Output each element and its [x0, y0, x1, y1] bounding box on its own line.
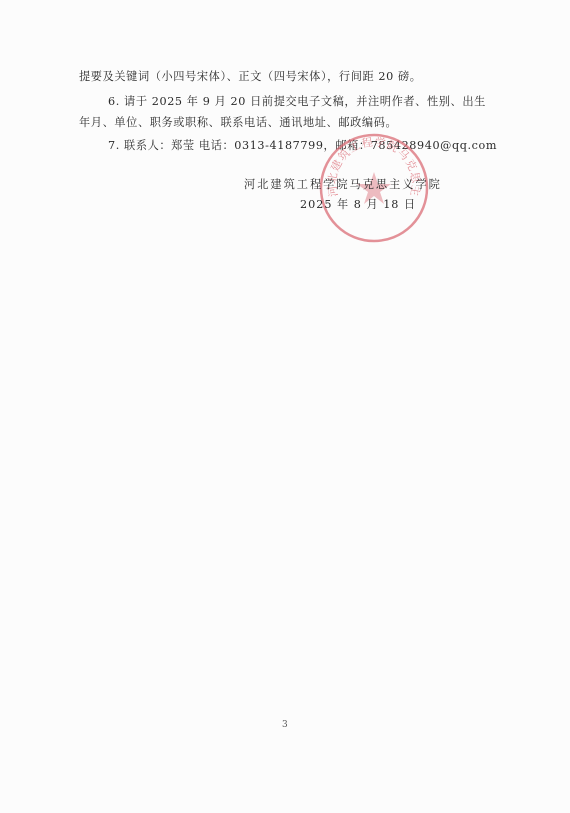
signature-organization: 河北建筑工程学院马克思主义学院 [244, 176, 442, 192]
paragraph-line: 提要及关键词（小四号宋体）、正文（四号宋体），行间距 20 磅。 [79, 68, 422, 84]
contact-line: 7. 联系人：郑莹 电话：0313-4187799，邮箱：785428940@q… [108, 137, 497, 153]
paragraph-line: 年月、单位、职务或职称、联系电话、通讯地址、邮政编码。 [79, 114, 397, 130]
signature-date: 2025 年 8 月 18 日 [300, 196, 416, 212]
page-number: 3 [282, 720, 288, 730]
paragraph-line: 6. 请于 2025 年 9 月 20 日前提交电子文稿，并注明作者、性别、出生 [108, 93, 486, 109]
document-page: 提要及关键词（小四号宋体）、正文（四号宋体），行间距 20 磅。 6. 请于 2… [0, 0, 570, 813]
